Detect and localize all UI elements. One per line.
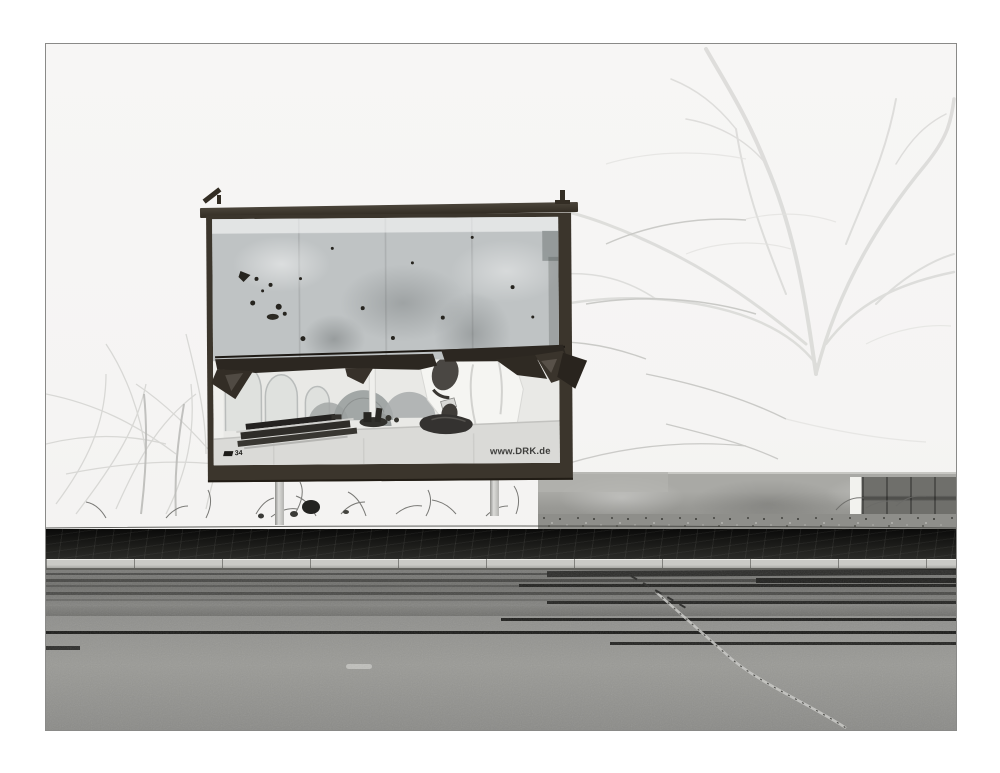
- support-post-left: [275, 477, 284, 525]
- torn-edge: [195, 335, 596, 422]
- billboard-bracket-left-pin: [217, 195, 221, 204]
- road-grain: [46, 570, 956, 730]
- road: [46, 570, 956, 730]
- billboard-frame: 34 www.DRK.de: [212, 217, 560, 465]
- poster-corner-mark: 34: [224, 450, 243, 457]
- logo-blob-icon: [223, 451, 233, 456]
- billboard: 34 www.DRK.de: [206, 213, 573, 483]
- dark-clumps: [258, 500, 349, 519]
- poster-mark-text: 34: [235, 450, 243, 457]
- support-post-right: [490, 474, 499, 516]
- pavement: [46, 529, 956, 559]
- drk-url-label: www.DRK.de: [490, 446, 551, 457]
- billboard-bracket-right: [555, 200, 570, 204]
- tape-strip: [542, 231, 558, 261]
- photograph: 34 www.DRK.de: [45, 43, 957, 731]
- page-background: 34 www.DRK.de: [0, 0, 1000, 773]
- curb: [46, 559, 956, 570]
